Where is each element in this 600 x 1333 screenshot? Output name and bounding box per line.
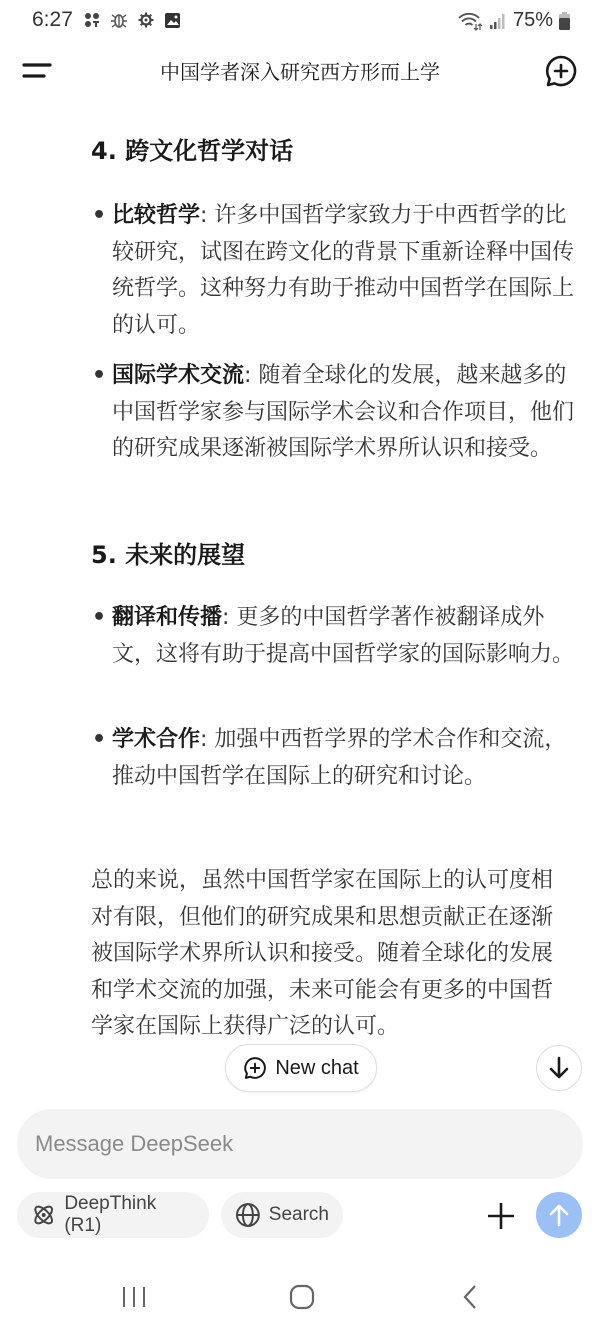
battery-icon xyxy=(559,12,570,30)
back-icon xyxy=(461,1284,479,1310)
app-header: 中国学者深入研究西方形而上学 xyxy=(0,42,600,100)
deepthink-label: DeepThink (R1) xyxy=(64,1193,195,1237)
new-chat-header-button[interactable] xyxy=(544,54,578,88)
arrow-down-icon xyxy=(548,1056,570,1080)
system-icons: 75% xyxy=(457,9,570,32)
bullet-item: • 比较哲学: 许多中国哲学家致力于中西哲学的比较研究，试图在跨文化的背景下重新… xyxy=(92,198,582,344)
bullet-item: • 翻译和传播: 更多的中国哲学著作被翻译成外文，这将有助于提高中国哲学家的国际… xyxy=(92,600,582,673)
status-bar: 6:27 75% xyxy=(0,0,600,42)
home-button[interactable] xyxy=(282,1280,322,1314)
gallery-icon xyxy=(164,12,181,29)
section-heading-5: 5. 未来的展望 xyxy=(91,535,245,570)
bullet-dot: • xyxy=(92,198,106,235)
new-chat-icon xyxy=(243,1056,267,1080)
bullet-term: 比较哲学 xyxy=(112,203,200,228)
bullet-dot: • xyxy=(92,600,106,637)
back-button[interactable] xyxy=(450,1280,490,1314)
home-icon xyxy=(288,1283,316,1311)
section-heading-4: 4. 跨文化哲学对话 xyxy=(91,131,293,166)
search-toggle[interactable]: Search xyxy=(221,1192,343,1238)
recents-icon xyxy=(121,1285,147,1309)
deepthink-toggle[interactable]: DeepThink (R1) xyxy=(17,1192,209,1238)
bug-icon xyxy=(110,11,128,29)
recents-button[interactable] xyxy=(114,1280,154,1314)
atom-icon xyxy=(31,1202,56,1228)
apps-grid-icon xyxy=(84,12,100,28)
chat-title: 中国学者深入研究西方形而上学 xyxy=(0,56,600,85)
arrow-up-icon xyxy=(549,1203,569,1227)
bullet-term: 国际学术交流 xyxy=(112,363,244,388)
scroll-to-bottom-button[interactable] xyxy=(536,1045,582,1091)
globe-icon xyxy=(235,1202,261,1228)
new-chat-button[interactable]: New chat xyxy=(225,1044,377,1092)
notification-icons xyxy=(84,11,181,29)
bullet-term: 学术合作 xyxy=(112,727,200,752)
new-chat-icon xyxy=(544,54,578,88)
settings-gear-icon xyxy=(138,12,154,28)
plus-icon xyxy=(486,1201,516,1231)
status-time: 6:27 xyxy=(32,8,73,32)
chat-message-area[interactable]: 4. 跨文化哲学对话 • 比较哲学: 许多中国哲学家致力于中西哲学的比较研究，试… xyxy=(0,100,600,1100)
bullet-item: • 学术合作: 加强中西哲学界的学术合作和交流，推动中国哲学在国际上的研究和讨论… xyxy=(92,722,582,795)
signal-icon xyxy=(489,12,507,30)
bullet-term: 翻译和传播 xyxy=(112,605,222,630)
search-label: Search xyxy=(269,1204,329,1226)
send-button[interactable] xyxy=(536,1192,582,1238)
bullet-item: • 国际学术交流: 随着全球化的发展，越来越多的中国哲学家参与国际学术会议和合作… xyxy=(92,358,582,468)
battery-percent: 75% xyxy=(513,9,553,32)
system-nav-bar xyxy=(0,1262,600,1333)
summary-paragraph: 总的来说，虽然中国哲学家在国际上的认可度相对有限，但他们的研究成果和思想贡献正在… xyxy=(91,863,571,1046)
wifi-icon xyxy=(457,11,483,31)
bullet-dot: • xyxy=(92,722,106,759)
bullet-dot: • xyxy=(92,358,106,395)
message-input[interactable] xyxy=(17,1109,583,1179)
new-chat-label: New chat xyxy=(275,1057,358,1080)
attach-button[interactable] xyxy=(482,1197,520,1235)
